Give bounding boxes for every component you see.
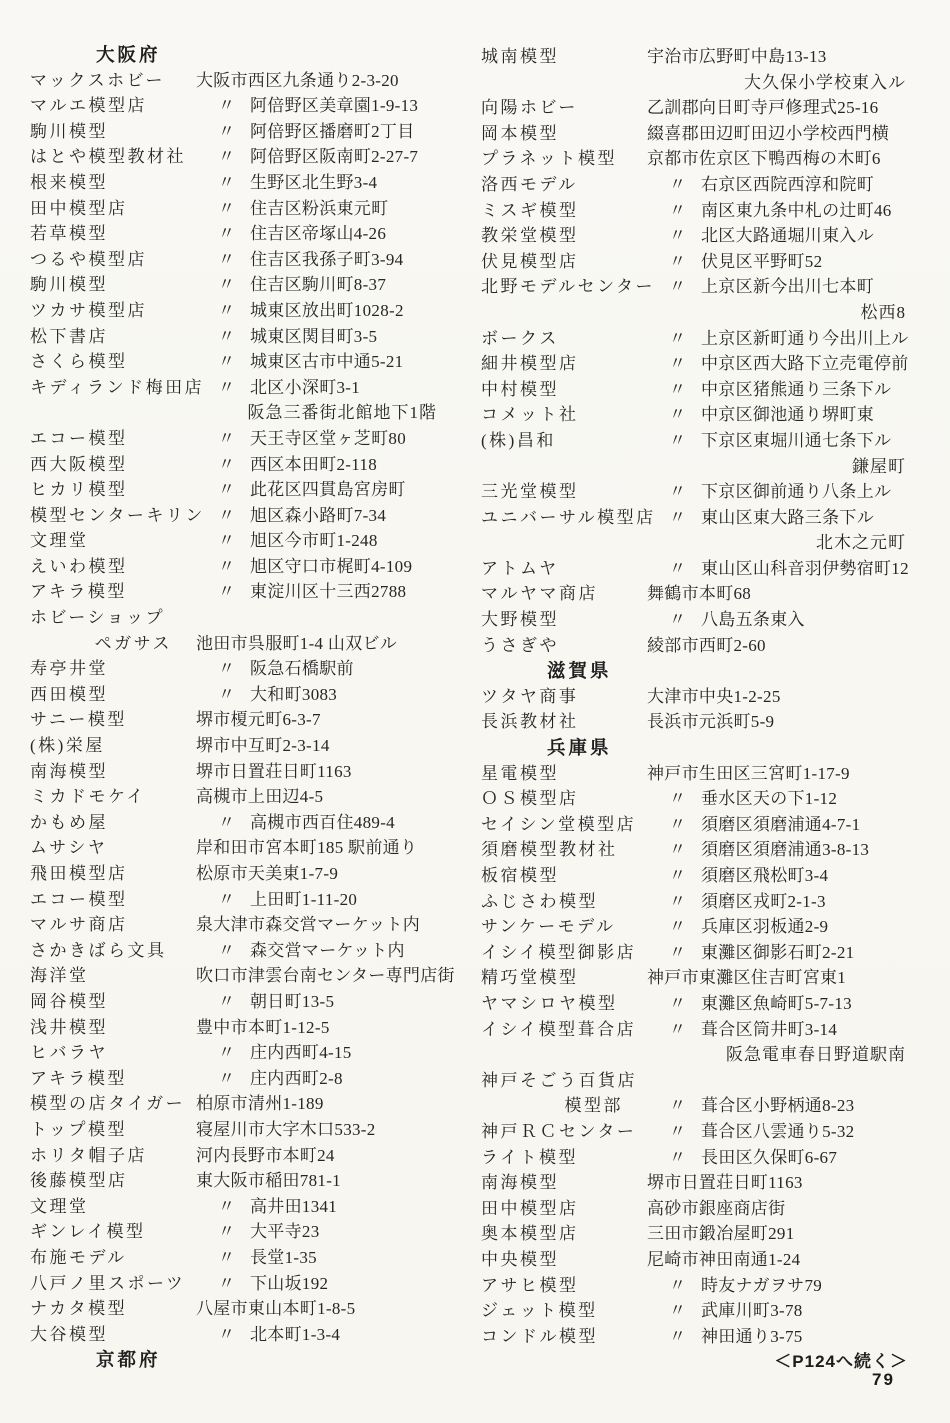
shop-name: えいわ模型	[30, 554, 196, 580]
shop-name: ミスギ模型	[481, 198, 647, 224]
shop-address: 神戸市東灘区住吉町宮東1	[647, 968, 846, 987]
address-continuation-row: 北木之元町	[481, 530, 910, 556]
address-zone: 〃森交営マーケット内	[196, 938, 455, 964]
address-continuation: 松西8	[861, 303, 911, 322]
address-continuation: 大久保小学校東入ル	[744, 73, 910, 92]
shop-name: 文理堂	[30, 1194, 196, 1220]
shop-name: ジェット模型	[481, 1298, 647, 1324]
address-zone: 〃東灘区魚崎町5-7-13	[647, 991, 910, 1017]
directory-row: さかきばら文具〃森交営マーケット内	[30, 938, 455, 964]
shop-address: 東山区山科音羽伊勢宿町12	[701, 559, 909, 578]
shop-name: ホリタ帽子店	[30, 1143, 196, 1169]
address-zone: 〃高槻市西百住489-4	[196, 810, 455, 836]
address-zone: 〃城東区関目町3-5	[196, 324, 455, 350]
shop-address: 上京区新町通り今出川上ル	[701, 329, 909, 348]
directory-row: 中村模型〃中京区猪熊通り三条下ル	[481, 377, 910, 403]
address-zone: 松原市天美東1-7-9	[196, 861, 455, 887]
shop-name: マルヤマ商店	[481, 581, 647, 607]
address-zone: 〃須磨区戎町2-1-3	[647, 889, 910, 915]
address-zone: 〃住吉区帝塚山4-26	[196, 221, 455, 247]
directory-row: 根来模型〃生野区北生野3-4	[30, 170, 455, 196]
shop-name: ヒカリ模型	[30, 477, 196, 503]
ditto-mark: 〃	[218, 1194, 250, 1220]
prefecture-title: 兵庫県	[481, 737, 612, 758]
address-zone: 河内長野市本町24	[196, 1143, 455, 1169]
address-zone: 〃阿倍野区播磨町2丁目	[196, 119, 455, 145]
directory-row: えいわ模型〃旭区守口市梶町4-109	[30, 554, 455, 580]
ditto-mark: 〃	[669, 812, 701, 838]
prefecture-header-row: 大阪府	[30, 42, 455, 68]
address-zone: 〃東淀川区十三西2788	[196, 579, 455, 605]
directory-row: サンケーモデル〃兵庫区羽板通2-9	[481, 914, 910, 940]
shop-name: ツカサ模型店	[30, 298, 196, 324]
shop-address: 八島五条東入	[701, 610, 805, 629]
shop-address: 寝屋川市大字木口533-2	[196, 1120, 376, 1139]
ditto-mark: 〃	[669, 249, 701, 275]
ditto-mark: 〃	[218, 1271, 250, 1297]
shop-name: 伏見模型店	[481, 249, 647, 275]
ditto-mark: 〃	[218, 1219, 250, 1245]
directory-row: ギンレイ模型〃大平寺23	[30, 1219, 455, 1245]
directory-row: 神戸そごう百貨店	[481, 1068, 910, 1094]
shop-name: 星電模型	[481, 761, 647, 787]
directory-row: 寿亭井堂〃阪急石橋駅前	[30, 656, 455, 682]
directory-row: 西大阪模型〃西区本田町2-118	[30, 452, 455, 478]
shop-name: イシイ模型御影店	[481, 940, 647, 966]
address-zone: 〃城東区放出町1028-2	[196, 298, 455, 324]
address-zone: 〃須磨区飛松町3-4	[647, 863, 910, 889]
address-zone: 〃下山坂192	[196, 1271, 455, 1297]
address-zone: 〃長堂1-35	[196, 1245, 455, 1271]
shop-name: マルエ模型店	[30, 93, 196, 119]
address-zone: 高槻市上田辺4-5	[196, 784, 455, 810]
address-zone: 神戸市東灘区住吉町宮東1	[647, 965, 910, 991]
shop-name: ヤマシロヤ模型	[481, 991, 647, 1017]
ditto-mark: 〃	[669, 172, 701, 198]
continued-note: ＜P124へ続く＞	[774, 1352, 910, 1371]
shop-address: 綴喜郡田辺町田辺小学校西門横	[647, 124, 889, 143]
directory-row: 神戸ＲＣセンター〃葺合区八雲通り5-32	[481, 1119, 910, 1145]
address-continuation: 阪急電車春日野道駅南	[726, 1045, 910, 1064]
shop-address: 阿倍野区美章園1-9-13	[250, 96, 418, 115]
shop-name: サンケーモデル	[481, 914, 647, 940]
address-zone: 〃旭区森小路町7-34	[196, 503, 455, 529]
ditto-mark: 〃	[669, 428, 701, 454]
address-zone: 〃須磨区須磨浦通4-7-1	[647, 812, 910, 838]
shop-name: つるや模型店	[30, 247, 196, 273]
directory-row: 模型センターキリン〃旭区森小路町7-34	[30, 503, 455, 529]
ditto-mark: 〃	[218, 1040, 250, 1066]
ditto-mark: 〃	[669, 198, 701, 224]
shop-address: 八屋市東山本町1-8-5	[196, 1299, 355, 1318]
directory-row: キディランド梅田店〃北区小深町3-1	[30, 375, 455, 401]
shop-address: 阿倍野区播磨町2丁目	[250, 122, 415, 141]
shop-name: 布施モデル	[30, 1245, 196, 1271]
directory-row: (株)栄屋堺市中互町2-3-14	[30, 733, 455, 759]
shop-name: 松下書店	[30, 324, 196, 350]
shop-address: 東灘区御影石町2-21	[701, 943, 854, 962]
shop-address: 須磨区戎町2-1-3	[701, 892, 826, 911]
shop-name: 若草模型	[30, 221, 196, 247]
directory-row: アキラ模型〃東淀川区十三西2788	[30, 579, 455, 605]
directory-row: プラネット模型京都市佐京区下鴨西梅の木町6	[481, 146, 910, 172]
directory-row: アサヒ模型〃時友ナガヲサ79	[481, 1273, 910, 1299]
directory-row: イシイ模型御影店〃東灘区御影石町2-21	[481, 940, 910, 966]
shop-name: はとや模型教材社	[30, 144, 196, 170]
shop-address: 須磨区須磨浦通3-8-13	[701, 840, 869, 859]
directory-row: ナカタ模型八屋市東山本町1-8-5	[30, 1296, 455, 1322]
ditto-mark: 〃	[669, 837, 701, 863]
address-zone: 〃住吉区粉浜東元町	[196, 196, 455, 222]
ditto-mark: 〃	[669, 1298, 701, 1324]
shop-name: 模型部	[481, 1093, 647, 1119]
ditto-mark: 〃	[218, 170, 250, 196]
shop-address: 葺合区八雲通り5-32	[701, 1122, 854, 1141]
shop-name: マックスホビー	[30, 68, 196, 94]
shop-name: サニー模型	[30, 707, 196, 733]
shop-address: 下京区御前通り八条上ル	[701, 482, 891, 501]
directory-row: 中央模型尼崎市神田南通1-24	[481, 1247, 910, 1273]
shop-address: 大阪市西区九条通り2-3-20	[196, 71, 399, 90]
shop-address: 兵庫区羽板通2-9	[701, 917, 828, 936]
shop-address: 城東区古市中通5-21	[250, 352, 403, 371]
ditto-mark: 〃	[669, 1017, 701, 1043]
shop-name: 飛田模型店	[30, 861, 196, 887]
shop-address: 堺市榎元町6-3-7	[196, 710, 321, 729]
shop-name: ふじさわ模型	[481, 889, 647, 915]
directory-row: コンドル模型〃神田通り3-75	[481, 1324, 910, 1350]
shop-address: 右京区西院西淳和院町	[701, 175, 874, 194]
address-zone: 〃西区本田町2-118	[196, 452, 455, 478]
ditto-mark: 〃	[218, 196, 250, 222]
ditto-mark: 〃	[669, 1093, 701, 1119]
scanned-directory-page: 大阪府マックスホビー大阪市西区九条通り2-3-20マルエ模型店〃阿倍野区美章園1…	[0, 0, 950, 1423]
directory-row: サニー模型堺市榎元町6-3-7	[30, 707, 455, 733]
directory-row: 洛西モデル〃右京区西院西淳和院町	[481, 172, 910, 198]
directory-row: 南海模型堺市日置荘日町1163	[481, 1170, 910, 1196]
address-continuation: 鎌屋町	[852, 457, 910, 476]
address-zone: 〃伏見区平野町52	[647, 249, 910, 275]
address-zone: 大津市中央1-2-25	[647, 684, 910, 710]
shop-address: 阿倍野区阪南町2-27-7	[250, 147, 418, 166]
shop-name: ユニバーサル模型店	[481, 505, 647, 531]
directory-row: 北野モデルセンター〃上京区新今出川七本町	[481, 274, 910, 300]
shop-name: 神戸そごう百貨店	[481, 1068, 647, 1094]
address-zone: 〃住吉区我孫子町3-94	[196, 247, 455, 273]
prefecture-header-row: 兵庫県	[481, 735, 910, 761]
directory-row: トップ模型寝屋川市大字木口533-2	[30, 1117, 455, 1143]
shop-address: 舞鶴市本町68	[647, 584, 751, 603]
shop-address: 住吉区帝塚山4-26	[250, 224, 386, 243]
directory-row: 岡本模型綴喜郡田辺町田辺小学校西門横	[481, 121, 910, 147]
shop-name: 須磨模型教材社	[481, 837, 647, 863]
shop-name: (株)栄屋	[30, 733, 196, 759]
address-zone: 〃兵庫区羽板通2-9	[647, 914, 910, 940]
directory-row: かもめ屋〃高槻市西百住489-4	[30, 810, 455, 836]
shop-name: トップ模型	[30, 1117, 196, 1143]
ditto-mark: 〃	[218, 1322, 250, 1348]
directory-row: 三光堂模型〃下京区御前通り八条上ル	[481, 479, 910, 505]
directory-row: 城南模型宇治市広野町中島13-13	[481, 44, 910, 70]
shop-name: キディランド梅田店	[30, 375, 196, 401]
shop-address: 旭区守口市梶町4-109	[250, 557, 412, 576]
address-continuation-row: 松西8	[481, 300, 910, 326]
directory-row: マックスホビー大阪市西区九条通り2-3-20	[30, 68, 455, 94]
shop-name: 板宿模型	[481, 863, 647, 889]
address-zone: 〃右京区西院西淳和院町	[647, 172, 910, 198]
directory-row: 教栄堂模型〃北区大路通堀川東入ル	[481, 223, 910, 249]
shop-address: 中京区猪熊通り三条下ル	[701, 380, 891, 399]
shop-name: 洛西モデル	[481, 172, 647, 198]
shop-name: 向陽ホビー	[481, 95, 647, 121]
ditto-mark: 〃	[218, 144, 250, 170]
address-zone: 〃葺合区筒井町3-14	[647, 1017, 910, 1043]
shop-address: 下京区東堀川通七条下ル	[701, 431, 891, 450]
address-zone: 〃下京区東堀川通七条下ル	[647, 428, 910, 454]
shop-address: 時友ナガヲサ79	[701, 1276, 822, 1295]
ditto-mark: 〃	[218, 1245, 250, 1271]
directory-row: 精巧堂模型神戸市東灘区住吉町宮東1	[481, 965, 910, 991]
address-zone: 〃住吉区駒川町8-37	[196, 272, 455, 298]
shop-name: 大谷模型	[30, 1322, 196, 1348]
address-zone: 豊中市本町1-12-5	[196, 1015, 455, 1041]
shop-name: アキラ模型	[30, 579, 196, 605]
shop-address: 高井田1341	[250, 1197, 337, 1216]
shop-address: 綾部市西町2-60	[647, 636, 766, 655]
shop-name: エコー模型	[30, 887, 196, 913]
shop-name: 寿亭井堂	[30, 656, 196, 682]
directory-row: 浅井模型豊中市本町1-12-5	[30, 1015, 455, 1041]
shop-name: 岡本模型	[481, 121, 647, 147]
ditto-mark: 〃	[218, 1066, 250, 1092]
directory-row: ペガサス池田市呉服町1-4 山双ビル	[30, 631, 455, 657]
directory-row: 海洋堂吹口市津雲台南センター専門店街	[30, 963, 455, 989]
directory-row: ヒバラヤ〃庄内西町4-15	[30, 1040, 455, 1066]
directory-row: さくら模型〃城東区古市中通5-21	[30, 349, 455, 375]
shop-address: 泉大津市森交営マーケット内	[196, 915, 420, 934]
ditto-mark: 〃	[669, 479, 701, 505]
directory-row: 模型部〃葺合区小野柄通8-23	[481, 1093, 910, 1119]
shop-address: 長堂1-35	[250, 1248, 317, 1267]
shop-name: セイシン堂模型店	[481, 812, 647, 838]
shop-name: アサヒ模型	[481, 1273, 647, 1299]
shop-name: ツタヤ商事	[481, 684, 647, 710]
shop-address: 中京区西大路下立売電停前	[701, 354, 909, 373]
directory-row: 駒川模型〃住吉区駒川町8-37	[30, 272, 455, 298]
ditto-mark: 〃	[218, 579, 250, 605]
shop-address: 柏原市清州1-189	[196, 1094, 324, 1113]
ditto-mark: 〃	[669, 991, 701, 1017]
directory-row: 布施モデル〃長堂1-35	[30, 1245, 455, 1271]
address-zone: 〃大和町3083	[196, 682, 455, 708]
shop-address: 東淀川区十三西2788	[250, 582, 406, 601]
shop-address: 下山坂192	[250, 1274, 328, 1293]
ditto-mark: 〃	[218, 656, 250, 682]
ditto-mark: 〃	[669, 889, 701, 915]
shop-name: 田中模型店	[481, 1196, 647, 1222]
address-zone: 東大阪市稲田781-1	[196, 1168, 455, 1194]
ditto-mark: 〃	[669, 326, 701, 352]
directory-row: ツタヤ商事大津市中央1-2-25	[481, 684, 910, 710]
shop-name: 岡谷模型	[30, 989, 196, 1015]
shop-name: エコー模型	[30, 426, 196, 452]
shop-address: 東山区東大路三条下ル	[701, 508, 874, 527]
directory-row: 後藤模型店東大阪市稲田781-1	[30, 1168, 455, 1194]
ditto-mark: 〃	[669, 786, 701, 812]
shop-address: 北区小深町3-1	[250, 378, 360, 397]
shop-name: 南海模型	[30, 759, 196, 785]
directory-row: コメット社〃中京区御池通り堺町東	[481, 402, 910, 428]
shop-address: 南区東九条中札の辻町46	[701, 201, 892, 220]
shop-address: 東大阪市稲田781-1	[196, 1171, 341, 1190]
ditto-mark: 〃	[669, 377, 701, 403]
directory-row: 奥本模型店三田市鍛冶屋町291	[481, 1221, 910, 1247]
directory-row: セイシン堂模型店〃須磨区須磨浦通4-7-1	[481, 812, 910, 838]
directory-row: 長浜教材社長浜市元浜町5-9	[481, 709, 910, 735]
address-zone: 宇治市広野町中島13-13	[647, 44, 910, 70]
address-zone: 池田市呉服町1-4 山双ビル	[196, 631, 455, 657]
prefecture-title: 滋賀県	[481, 660, 612, 681]
ditto-mark: 〃	[669, 914, 701, 940]
address-zone: 〃東灘区御影石町2-21	[647, 940, 910, 966]
address-zone: 岸和田市宮本町185 駅前通り	[196, 835, 455, 861]
ditto-mark: 〃	[218, 887, 250, 913]
ditto-mark: 〃	[218, 247, 250, 273]
ditto-mark: 〃	[218, 119, 250, 145]
shop-address: 乙訓郡向日町寺戸修理式25-16	[647, 98, 878, 117]
shop-name: 教栄堂模型	[481, 223, 647, 249]
address-zone: 〃此花区四貫島宮房町	[196, 477, 455, 503]
shop-address: 尼崎市神田南通1-24	[647, 1250, 800, 1269]
ditto-mark: 〃	[218, 528, 250, 554]
shop-address: 京都市佐京区下鴨西梅の木町6	[647, 149, 881, 168]
page-number: 79	[872, 1370, 895, 1390]
address-continuation: 阪急三番街北館地下1階	[248, 403, 456, 422]
directory-row: 松下書店〃城東区関目町3-5	[30, 324, 455, 350]
directory-row: つるや模型店〃住吉区我孫子町3-94	[30, 247, 455, 273]
address-zone: 堺市榎元町6-3-7	[196, 707, 455, 733]
address-zone: 〃庄内西町2-8	[196, 1066, 455, 1092]
shop-address: 庄内西町4-15	[250, 1043, 352, 1062]
shop-name: ヒバラヤ	[30, 1040, 196, 1066]
directory-row: ボークス〃上京区新町通り今出川上ル	[481, 326, 910, 352]
ditto-mark: 〃	[218, 989, 250, 1015]
address-zone: 〃東山区東大路三条下ル	[647, 505, 910, 531]
directory-row: マルエ模型店〃阿倍野区美章園1-9-13	[30, 93, 455, 119]
shop-name: さくら模型	[30, 349, 196, 375]
address-zone: 〃時友ナガヲサ79	[647, 1273, 910, 1299]
shop-name: 西大阪模型	[30, 452, 196, 478]
ditto-mark: 〃	[218, 554, 250, 580]
address-zone	[196, 605, 455, 631]
directory-row: 若草模型〃住吉区帝塚山4-26	[30, 221, 455, 247]
shop-name: 神戸ＲＣセンター	[481, 1119, 647, 1145]
shop-address: 松原市天美東1-7-9	[196, 864, 338, 883]
ditto-mark: 〃	[669, 223, 701, 249]
ditto-mark: 〃	[218, 426, 250, 452]
shop-address: 中京区御池通り堺町東	[701, 405, 874, 424]
address-zone: 尼崎市神田南通1-24	[647, 1247, 910, 1273]
shop-name: 南海模型	[481, 1170, 647, 1196]
directory-row: ふじさわ模型〃須磨区戎町2-1-3	[481, 889, 910, 915]
address-zone: 柏原市清州1-189	[196, 1091, 455, 1117]
address-zone: 〃北本町1-3-4	[196, 1322, 455, 1348]
directory-row: ツカサ模型店〃城東区放出町1028-2	[30, 298, 455, 324]
directory-row: ヤマシロヤ模型〃東灘区魚崎町5-7-13	[481, 991, 910, 1017]
directory-row: 南海模型堺市日置荘日町1163	[30, 759, 455, 785]
shop-address: 上京区新今出川七本町	[701, 277, 874, 296]
address-zone: 〃大平寺23	[196, 1219, 455, 1245]
address-zone: 〃高井田1341	[196, 1194, 455, 1220]
directory-row: 細井模型店〃中京区西大路下立売電停前	[481, 351, 910, 377]
shop-name: かもめ屋	[30, 810, 196, 836]
shop-name: マルサ商店	[30, 912, 196, 938]
shop-name: 精巧堂模型	[481, 965, 647, 991]
prefecture-title: 大阪府	[30, 44, 161, 65]
ditto-mark: 〃	[218, 349, 250, 375]
directory-row: マルサ商店泉大津市森交営マーケット内	[30, 912, 455, 938]
ditto-mark: 〃	[218, 221, 250, 247]
shop-address: 須磨区須磨浦通4-7-1	[701, 815, 860, 834]
left-column: 大阪府マックスホビー大阪市西区九条通り2-3-20マルエ模型店〃阿倍野区美章園1…	[30, 42, 455, 1373]
address-zone: 〃庄内西町4-15	[196, 1040, 455, 1066]
directory-row: 文理堂〃高井田1341	[30, 1194, 455, 1220]
shop-address: 神田通り3-75	[701, 1327, 803, 1346]
address-zone: 〃阿倍野区阪南町2-27-7	[196, 144, 455, 170]
shop-name: ホビーショップ	[30, 605, 196, 631]
directory-row: うさぎや綾部市西町2-60	[481, 633, 910, 659]
address-zone: 舞鶴市本町68	[647, 581, 910, 607]
address-zone: 乙訓郡向日町寺戸修理式25-16	[647, 95, 910, 121]
directory-row: ムサシヤ岸和田市宮本町185 駅前通り	[30, 835, 455, 861]
shop-address: 垂水区天の下1-12	[701, 789, 837, 808]
shop-name: アトムヤ	[481, 556, 647, 582]
shop-name: 浅井模型	[30, 1015, 196, 1041]
shop-address: 岸和田市宮本町185 駅前通り	[196, 838, 417, 857]
shop-address: 天王寺区堂ヶ芝町80	[250, 429, 406, 448]
directory-row: ライト模型〃長田区久保町6-67	[481, 1145, 910, 1171]
address-zone	[647, 1068, 910, 1094]
directory-row: エコー模型〃上田町1-11-20	[30, 887, 455, 913]
shop-address: 吹口市津雲台南センター専門店街	[196, 966, 455, 985]
directory-row: ホビーショップ	[30, 605, 455, 631]
shop-name: 根来模型	[30, 170, 196, 196]
shop-address: 神戸市生田区三宮町1-17-9	[647, 764, 850, 783]
address-zone: 神戸市生田区三宮町1-17-9	[647, 761, 910, 787]
shop-address: 庄内西町2-8	[250, 1069, 343, 1088]
address-zone: 京都市佐京区下鴨西梅の木町6	[647, 146, 910, 172]
ditto-mark: 〃	[669, 274, 701, 300]
address-zone: 〃北区大路通堀川東入ル	[647, 223, 910, 249]
directory-row: 模型の店タイガー柏原市清州1-189	[30, 1091, 455, 1117]
ditto-mark: 〃	[218, 272, 250, 298]
shop-address: 東灘区魚崎町5-7-13	[701, 994, 852, 1013]
shop-address: 大津市中央1-2-25	[647, 687, 781, 706]
address-zone: 〃神田通り3-75	[647, 1324, 910, 1350]
shop-name: 中央模型	[481, 1247, 647, 1273]
right-column: 城南模型宇治市広野町中島13-13大久保小学校東入ル向陽ホビー乙訓郡向日町寺戸修…	[481, 44, 910, 1375]
address-zone: 寝屋川市大字木口533-2	[196, 1117, 455, 1143]
address-zone: 〃垂水区天の下1-12	[647, 786, 910, 812]
shop-name: さかきばら文具	[30, 938, 196, 964]
shop-name: 文理堂	[30, 528, 196, 554]
shop-address: 高槻市西百住489-4	[250, 813, 395, 832]
address-zone: 長浜市元浜町5-9	[647, 709, 910, 735]
directory-row: ＯＳ模型店〃垂水区天の下1-12	[481, 786, 910, 812]
shop-name: 後藤模型店	[30, 1168, 196, 1194]
shop-address: 大和町3083	[250, 685, 337, 704]
shop-name: ギンレイ模型	[30, 1219, 196, 1245]
